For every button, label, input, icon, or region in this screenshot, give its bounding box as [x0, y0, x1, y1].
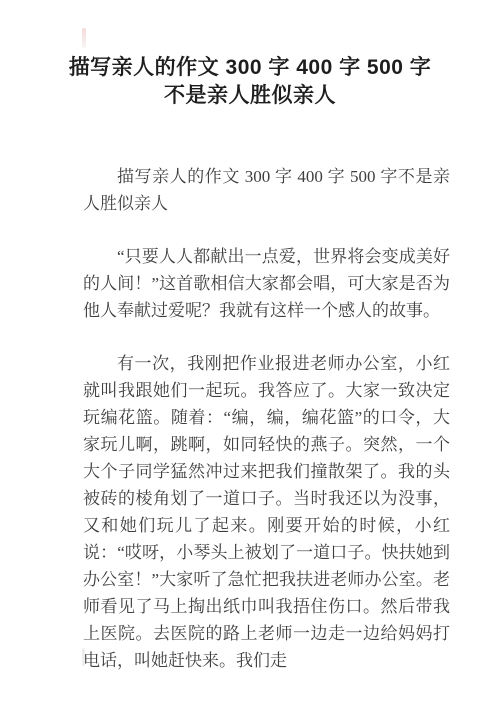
essay-title-line1: 描写亲人的作文 300 字 400 字 500 字 — [0, 54, 500, 82]
essay-body: 描写亲人的作文 300 字 400 字 500 字不是亲人胜似亲人 “只要人人都… — [0, 163, 500, 674]
document-page: 描写亲人的作文 300 字 400 字 500 字 不是亲人胜似亲人 描写亲人的… — [0, 0, 500, 707]
paragraph-intro-song-quote: “只要人人都献出一点爱，世界将会变成美好的人间！”这首歌相信大家都会唱，可大家是… — [83, 243, 450, 324]
paragraph-repeat-title: 描写亲人的作文 300 字 400 字 500 字不是亲人胜似亲人 — [83, 163, 450, 217]
essay-title: 描写亲人的作文 300 字 400 字 500 字 不是亲人胜似亲人 — [0, 0, 500, 110]
essay-title-line2: 不是亲人胜似亲人 — [0, 82, 500, 110]
paragraph-story: 有一次，我刚把作业报进老师办公室，小红就叫我跟她们一起玩。我答应了。大家一致决定… — [83, 350, 450, 674]
